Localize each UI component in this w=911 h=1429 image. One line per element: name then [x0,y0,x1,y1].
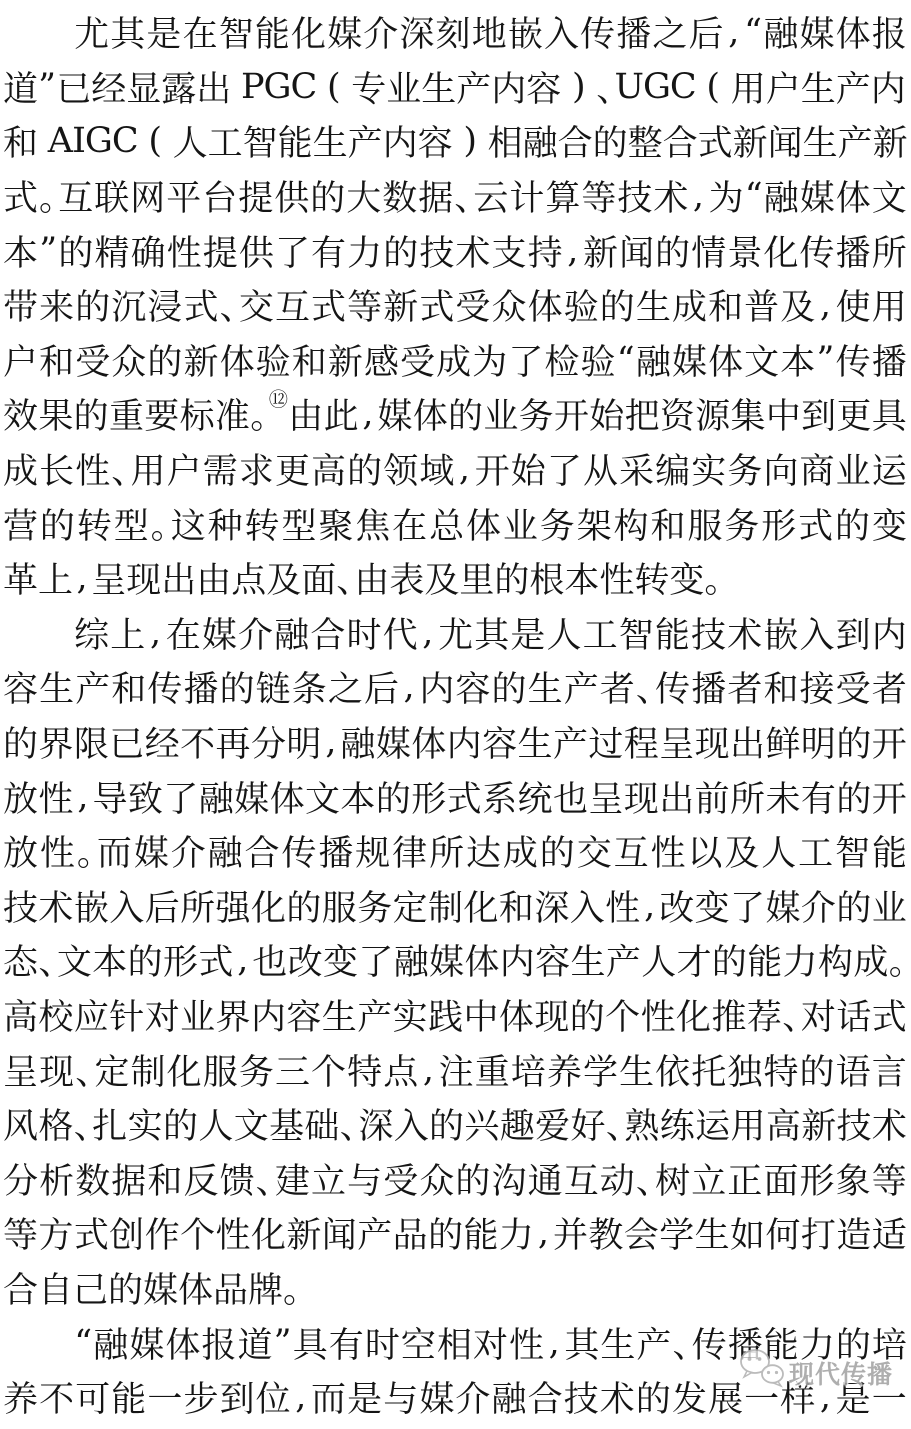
char-token: 发 [672,1372,707,1422]
char-token: , [400,667,418,707]
text-line: “融媒体报道”具有时空相对性,其生产、传播能力的培 [3,1315,907,1370]
char-token: 一 [744,1372,779,1422]
char-token: 相 [437,1318,472,1368]
char-token: 有 [329,1318,364,1368]
char-token: 中 [766,389,801,439]
char-token: 条 [292,662,327,712]
char-token: 文 [305,772,340,822]
char-token: 媒 [327,7,362,57]
char-token: 产 [348,116,383,166]
char-token: 务 [540,499,575,549]
char-token: 导 [92,772,127,822]
char-token: ” [39,231,57,271]
char-token: 持 [528,226,563,276]
char-token: 规 [355,826,390,876]
char-token: 到 [801,389,836,439]
char-token: 性 [75,444,110,494]
char-token: 展 [708,1372,743,1422]
char-token: 。 [77,826,95,876]
char-token: 的 [108,1263,143,1313]
char-token: 支 [492,226,527,276]
char-token: 式 [798,499,833,549]
char-token: , [292,1377,310,1417]
char-token: 沉 [111,280,146,330]
char-token: 的 [429,1099,464,1149]
char-token: 成 [503,826,538,876]
char-token: 本 [92,935,127,985]
char-token: 形 [761,499,796,549]
char-token: 的 [74,389,109,439]
char-token: 术 [38,881,73,931]
char-token: 融 [763,7,798,57]
char-token: 了 [508,335,543,385]
char-token: 特 [763,1045,798,1095]
char-token: 生 [803,116,838,166]
char-token: 变 [695,881,730,931]
char-token: 、 [74,1099,92,1149]
char-token: 明 [801,717,836,767]
char-token: 扎 [92,1099,127,1149]
text-line: 的界限已经不再分明,融媒体内容生产过程呈现出鲜明的开 [3,715,907,770]
char-token: 根 [529,553,564,603]
char-token: 化 [167,1045,202,1095]
char-token: 接 [800,662,835,712]
char-token: 动 [600,1154,635,1204]
char-token: 众 [419,1154,454,1204]
text-line: 养不可能一步到位,而是与媒介融合技术的发展一样,是一 [3,1370,907,1425]
char-token: 沟 [492,1154,527,1204]
char-token: 高 [766,1099,801,1149]
char-token: 浸 [147,280,182,330]
char-token: , [816,285,834,325]
char-token: 媒 [429,935,464,985]
char-token: 架 [577,499,612,549]
char-token: 重 [475,1045,510,1095]
char-token: 形 [411,772,446,822]
char-token: 新 [183,335,218,385]
char-token: 编 [655,444,690,494]
char-token: 和 [708,280,743,330]
char-token: 所 [429,826,464,876]
char-token: 互 [58,171,93,221]
char-token: , [534,1213,552,1253]
char-token: 容 [418,116,453,166]
char-token: 运 [872,444,907,494]
char-token: 供 [274,171,309,221]
char-token: 一 [147,1372,182,1422]
char-token: 播 [318,826,353,876]
text-line: 尤其是在智能化媒介深刻地嵌入传播之后,“融媒体报 [3,5,907,60]
char-token: 生 [695,1208,730,1258]
char-token: 有 [311,226,346,276]
char-token: 聚 [318,499,353,549]
char-token: 开 [872,717,907,767]
char-token: 语 [836,1045,871,1095]
char-token: ) [453,121,488,161]
char-token: 介 [455,1372,490,1422]
char-token: 从 [583,444,618,494]
char-token: 体 [499,990,534,1040]
char-token: 新 [286,1208,321,1258]
char-token: 后 [145,881,180,931]
char-token: 合 [663,116,698,166]
char-token: 特 [347,1045,382,1095]
char-token: 准 [215,389,250,439]
char-token: 也 [252,935,287,985]
char-token: 式 [198,935,233,985]
article-text-block: 尤其是在智能化媒介深刻地嵌入传播之后,“融媒体报道”已经显露出PGC(专业生产内… [0,0,911,1424]
char-token: 的 [310,171,345,221]
char-token: 要 [144,389,179,439]
char-token: 所 [180,881,215,931]
char-token: 务 [239,1045,274,1095]
char-token: 推 [711,990,746,1040]
char-token: 造 [836,1208,871,1258]
char-token: 的 [836,772,871,822]
char-token: 来 [39,280,74,330]
char-token: 及 [724,826,759,876]
char-token: 传 [580,7,615,57]
char-token: 服 [203,1045,238,1095]
text-line: 放性,导致了融媒体文本的形式系统也呈现出前所未有的开 [3,769,907,824]
char-token: 和 [147,1154,182,1204]
char-token: 创 [109,1208,144,1258]
char-token: 需 [203,444,238,494]
char-token: 强 [216,881,251,931]
char-token: 定 [393,881,428,931]
char-token: 象 [836,1154,871,1204]
char-token: 出 [659,772,694,822]
char-token: 的 [600,280,635,330]
char-token: 和 [111,662,146,712]
char-token: 术 [455,226,490,276]
char-token: 位 [256,1372,291,1422]
char-token: 等 [347,280,382,330]
char-token: 变 [669,553,704,603]
char-token: 媒 [800,171,835,221]
char-token: 嵌 [508,7,543,57]
char-token: 的 [835,499,870,549]
char-token: 运 [695,1099,730,1149]
char-token: 播 [691,662,726,712]
char-token: 传 [836,335,871,385]
char-token: “ [744,12,762,52]
char-token: 能 [747,935,782,985]
char-token: 和 [3,116,38,166]
char-token: “ [74,1323,92,1363]
char-token: 成 [436,335,471,385]
char-token: 用 [872,280,907,330]
char-token: 力 [499,1208,534,1258]
char-token: 内 [872,608,907,658]
char-token: 式 [74,1208,109,1258]
char-token: 验 [581,335,616,385]
footnote-marker: ⑫ [269,387,288,413]
char-token: 放 [3,772,38,822]
char-token: 向 [763,444,798,494]
char-token: 把 [625,389,660,439]
char-token: 务 [724,499,759,549]
char-token: 打 [801,1208,836,1258]
text-line: 成长性、用户需求更高的领域,开始了从采编实务向商业运 [3,442,907,497]
char-token: , [359,394,377,434]
char-token: 好 [570,1099,605,1149]
char-token: 生 [313,116,348,166]
char-token: 产 [606,935,641,985]
char-token: 具 [293,1318,328,1368]
char-token: 定 [94,1045,129,1095]
char-token: 媒 [234,772,269,822]
char-token: 内 [491,62,526,112]
char-token: 时 [346,608,381,658]
char-token: 变 [872,499,907,549]
char-token: 新 [801,1099,836,1149]
char-token: 统 [518,772,553,822]
char-token: 产 [836,62,871,112]
char-token: 。 [151,499,169,549]
char-token: 成 [853,935,888,985]
text-line: 效果的重要标准。⑫由此,媒体的业务开始把资源集中到更具 [3,387,907,442]
char-token: 建 [275,1154,310,1204]
char-token: 域 [419,444,454,494]
char-token: 依 [655,1045,690,1095]
char-token: 自 [38,1263,73,1313]
char-token: 更 [836,389,871,439]
char-token: 体 [836,7,871,57]
char-token: 面 [763,1154,798,1204]
char-token: 融 [340,717,375,767]
char-token: , [725,12,743,52]
char-token: 上 [110,608,145,658]
char-token: 人 [198,1099,233,1149]
text-line: 综上,在媒介融合时代,尤其是人工智能技术嵌入到内 [3,606,907,661]
char-token: 新 [383,280,418,330]
char-token: 融 [208,826,243,876]
char-token: 实 [128,1099,163,1149]
char-token: , [74,777,92,817]
char-token: 上 [38,553,73,603]
char-token: 介 [238,608,273,658]
char-token: 兴 [464,1099,499,1149]
char-token: 生 [636,280,671,330]
char-token: 人 [173,116,208,166]
char-token: 闻 [619,226,654,276]
char-token: 受 [400,335,435,385]
char-token: 内 [871,62,906,112]
char-token: 普 [744,280,779,330]
char-token: 到 [836,608,871,658]
char-token: 所 [730,772,765,822]
char-token: 产 [75,662,110,712]
char-token: 形 [800,1154,835,1204]
char-token: 开 [554,389,589,439]
char-token: 、 [111,444,129,494]
char-token: 转 [77,499,112,549]
char-token: 学 [583,1045,618,1095]
char-token: 由 [196,553,231,603]
char-token: 的 [163,1099,198,1149]
char-token: 所 [872,226,907,276]
char-token: 系 [482,772,517,822]
char-token: 才 [677,935,712,985]
char-token: 容 [526,62,561,112]
char-token: 实 [691,444,726,494]
char-token: 术 [600,1372,635,1422]
char-token: 术 [872,1099,907,1149]
char-token: 等 [872,1154,907,1204]
char-token: 之 [328,662,363,712]
char-token: 户 [3,335,38,385]
char-token: 为 [472,335,507,385]
char-token: 样 [780,1372,815,1422]
char-token: 介 [171,826,206,876]
char-token: 体 [528,280,563,330]
char-token: 的 [58,226,93,276]
char-token: 呈 [3,1045,38,1095]
char-token: 呈 [588,772,623,822]
char-token: 容 [455,662,490,712]
char-token: 转 [245,499,280,549]
char-token: 体 [413,389,448,439]
char-token: 后 [364,662,399,712]
char-token: 户 [167,444,202,494]
char-token: , [322,722,340,762]
char-token: 业 [503,499,538,549]
char-token: 数 [382,171,417,221]
char-token: 具 [872,389,907,439]
char-token: PGC [241,67,316,107]
char-token: 供 [239,226,274,276]
char-token: 综 [74,608,109,658]
char-token: 合 [528,1372,563,1422]
char-token: 本 [780,335,815,385]
char-token: 技 [617,171,652,221]
char-token: 传 [692,1318,727,1368]
char-token: 受 [455,280,490,330]
char-token: , [419,1050,437,1090]
char-token: 技 [837,1099,872,1149]
char-token: 者 [600,662,635,712]
char-token: 联 [94,171,129,221]
text-line: 分析数据和反馈、建立与受众的沟通互动、树立正面形象等 [3,1151,907,1206]
char-token: 深 [534,881,569,931]
char-token: 总 [429,499,464,549]
char-token: 化 [251,1208,286,1258]
char-token: 入 [544,7,579,57]
char-token: 媒 [143,1263,178,1313]
char-token: 一 [872,1372,907,1422]
char-token: 的 [40,499,75,549]
char-token: 不 [180,717,215,767]
text-line: 态、文本的形式,也改变了融媒体内容生产人才的能力构成。 [3,933,907,988]
char-token: 其 [474,608,509,658]
char-token: 呈 [91,553,126,603]
char-token: 验 [256,335,291,385]
char-token: , [146,613,164,653]
char-token: 求 [239,444,274,494]
char-token: 道 [237,1318,272,1368]
char-token: 针 [109,990,144,1040]
char-token: 商 [800,444,835,494]
char-token: 领 [383,444,418,494]
char-token: 、 [454,171,472,221]
char-token: 性 [651,826,686,876]
char-token: 并 [553,1208,588,1258]
char-token: 其 [110,7,145,57]
char-token: 果 [38,389,73,439]
text-line: 合自己的媒体品牌。 [3,1261,907,1316]
char-token: 体 [411,717,446,767]
char-token: 容 [286,990,321,1040]
char-token: 经 [145,717,180,767]
char-token: 的 [593,116,628,166]
char-token: 产 [553,717,588,767]
char-token: 尤 [74,7,109,57]
char-token: 及 [424,553,459,603]
char-token: 培 [872,1318,907,1368]
char-token: 媒 [376,717,411,767]
char-token: 力 [783,935,818,985]
char-token: 情 [691,226,726,276]
char-token: 其 [564,1318,599,1368]
char-token: 析 [39,1154,74,1204]
char-token: 检 [544,335,579,385]
char-token: 确 [131,226,166,276]
char-token: 和 [39,335,74,385]
char-token: 体 [836,171,871,221]
char-token: 新 [328,335,363,385]
char-token: 不 [39,1372,74,1422]
char-token: 作 [145,1208,180,1258]
char-token: 文 [744,335,779,385]
char-token: 工 [583,608,618,658]
char-token: ) [561,67,596,107]
char-token: 整 [628,116,663,166]
char-token: 构 [818,935,853,985]
char-token: 始 [589,389,624,439]
char-token: 形 [163,935,198,985]
char-token: , [234,940,252,980]
char-token: 体 [270,772,305,822]
char-token: 的 [800,1045,835,1095]
char-token: 媒 [377,389,412,439]
char-token: 本 [340,772,375,822]
char-token: 熟 [624,1099,659,1149]
char-token: 、 [606,1099,624,1149]
char-token: 出 [730,717,765,767]
char-token: 文 [234,1099,269,1149]
char-token: 程 [624,717,659,767]
char-token: 受 [836,662,871,712]
char-token: 生 [570,935,605,985]
char-token: 验 [564,280,599,330]
char-token: AIGC [48,121,138,161]
char-token: 计 [509,171,544,221]
char-token: 、 [782,990,800,1040]
char-token: 能 [463,1208,498,1258]
char-token: 播 [183,662,218,712]
char-token: 本 [3,226,38,276]
char-token: 性 [641,990,676,1040]
paragraph: “融媒体报道”具有时空相对性,其生产、传播能力的培养不可能一步到位,而是与媒介融… [3,1315,907,1424]
char-token: 本 [564,553,599,603]
char-token: 显 [126,62,161,112]
char-token: 产 [838,116,873,166]
char-token: 互 [275,280,310,330]
char-token: 内 [500,935,535,985]
char-token: ( [696,67,731,107]
char-token: 和 [763,662,798,712]
